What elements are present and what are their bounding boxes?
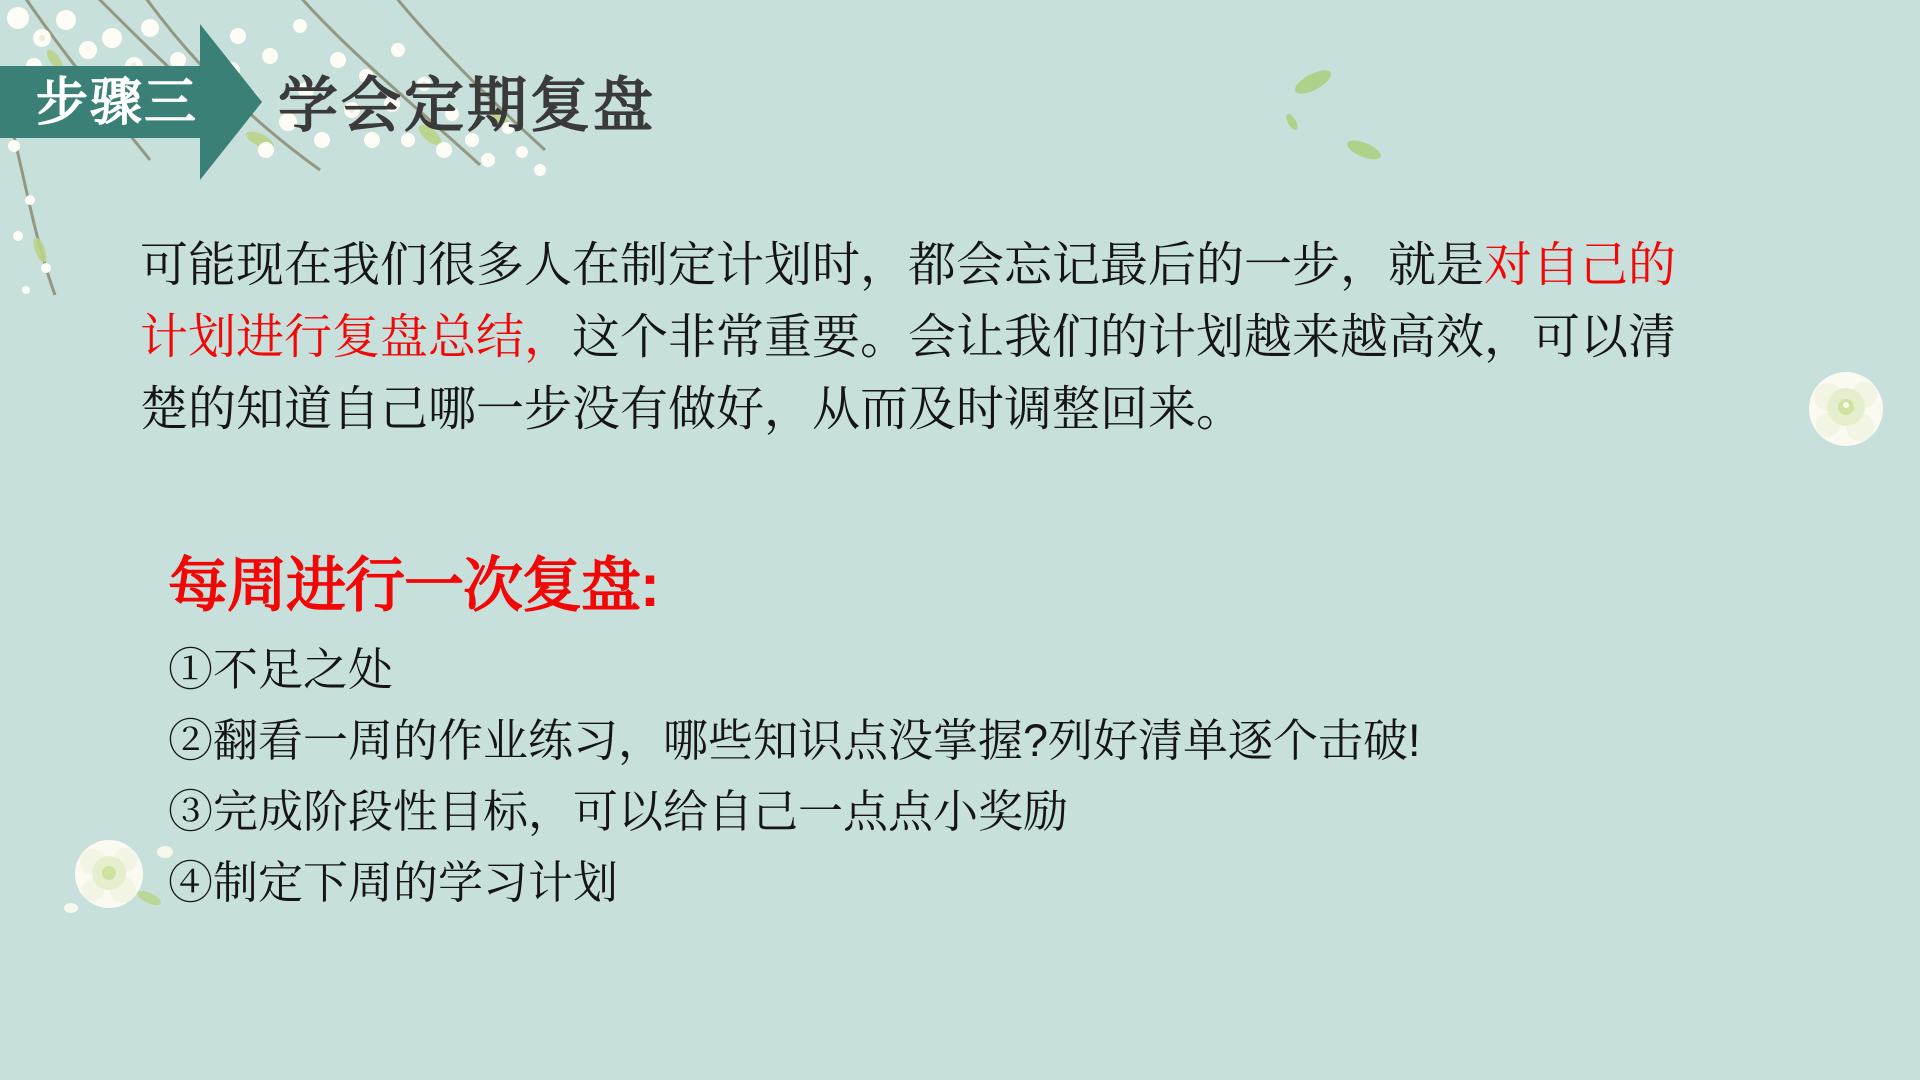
slide-title: 学会定期复盘 [278, 70, 656, 142]
text-segment: 楚的知道自己哪一步没有做好，从而及时调整回来。 [140, 383, 1244, 436]
list-item: ②翻看一周的作业练习，哪些知识点没掌握?列好清单逐个击破! [168, 705, 1421, 776]
text-segment: 这个非常重要。会让我们的计划越来越高效，可以清 [572, 311, 1676, 364]
highlighted-text-segment: 对自己的 [1484, 239, 1676, 292]
step-banner-label: 步骤三 [36, 68, 198, 138]
paragraph-line: 计划进行复盘总结，这个非常重要。会让我们的计划越来越高效，可以清 [140, 302, 1740, 374]
review-list: ①不足之处 ②翻看一周的作业练习，哪些知识点没掌握?列好清单逐个击破! ③完成阶… [168, 634, 1421, 918]
highlighted-text-segment: 计划进行复盘总结， [140, 311, 572, 364]
list-item: ④制定下周的学习计划 [168, 847, 1421, 918]
paragraph-line: 楚的知道自己哪一步没有做好，从而及时调整回来。 [140, 374, 1740, 446]
slide-canvas: 步骤三 学会定期复盘 可能现在我们很多人在制定计划时，都会忘记最后的一步，就是对… [0, 0, 1920, 1080]
falling-leaves-icon [1268, 50, 1428, 180]
weekly-review-heading: 每周进行一次复盘: [168, 548, 659, 624]
paragraph-line: 可能现在我们很多人在制定计划时，都会忘记最后的一步，就是对自己的 [140, 230, 1740, 302]
intro-paragraph: 可能现在我们很多人在制定计划时，都会忘记最后的一步，就是对自己的 计划进行复盘总… [140, 230, 1740, 446]
list-item: ①不足之处 [168, 634, 1421, 705]
white-rose-icon [55, 828, 185, 928]
white-rose-icon [1798, 365, 1898, 460]
text-segment: 可能现在我们很多人在制定计划时，都会忘记最后的一步，就是 [140, 239, 1484, 292]
list-item: ③完成阶段性目标，可以给自己一点点小奖励 [168, 776, 1421, 847]
